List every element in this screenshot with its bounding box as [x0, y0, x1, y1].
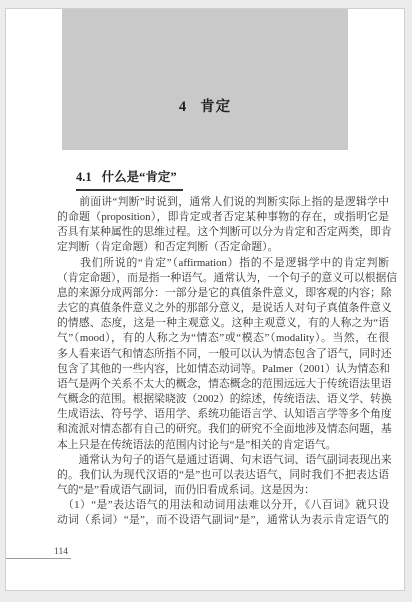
section-heading: 4.1什么是“肯定” — [76, 170, 183, 191]
section-number: 4.1 — [76, 170, 92, 184]
text-line: 多人看来语气和情态所指不同，一般可以认为情态包含了语气，同时还 — [57, 347, 389, 362]
text-line: 的命题（proposition），即肯定或者否定某种事物的存在，或指明它是 — [57, 210, 389, 225]
text-line: 的。我们认为现代汉语的“是”也可以表达语气，同时我们不把表达语 — [57, 468, 389, 483]
text-line: 我们所说的“肯定”（affirmation）指的不是逻辑学中的肯定判断 — [57, 256, 389, 271]
body-text: 前面讲“判断”时说到，通常人们说的判断实际上指的是逻辑学中的命题（proposi… — [57, 195, 389, 528]
section-title: 什么是“肯定” — [102, 170, 177, 184]
text-line: 和流派对情态都有自己的研究。我们的研究不全面地涉及情态问题，基 — [57, 422, 389, 437]
text-line: 否具有某种属性的思维过程。这个判断可以分为肯定和否定两类，即肯 — [57, 225, 389, 240]
book-page: 4肯定 4.1什么是“肯定” 前面讲“判断”时说到，通常人们说的判断实际上指的是… — [5, 8, 405, 591]
page-number: 114 — [6, 547, 68, 557]
paragraph: 我们所说的“肯定”（affirmation）指的不是逻辑学中的肯定判断（肯定命题… — [57, 256, 389, 453]
paragraph: （1）“是”表达语气的用法和动词用法难以分开，《八百词》就只设动词（系词）“是”… — [57, 498, 389, 528]
text-line: 去它的真值条件意义之外的那部分意义，是说话人对句子真值条件意义 — [57, 301, 389, 316]
text-line: 息的来源分成两部分：一部分是它的真值条件意义，即客观的内容；除 — [57, 286, 389, 301]
footer-rule — [6, 558, 71, 559]
text-line: 定判断（肯定命题）和否定判断（否定命题）。 — [57, 240, 389, 255]
chapter-header-band: 4肯定 — [62, 9, 348, 150]
text-line: 的情感、态度，这是一种主观意义。这种主观意义，有的人称之为“语 — [57, 316, 389, 331]
text-line: 通常认为句子的语气是通过语调、句末语气词、语气副词表现出来 — [57, 453, 389, 468]
text-line: （肯定命题），而是指一种语气。通常认为，一个句子的意义可以根据信 — [57, 271, 389, 286]
text-line: 气”（mood），有的人称之为“情态”或“模态”（modality）。当然，在很 — [57, 331, 389, 346]
text-line: 生成语法、符号学、语用学、系统功能语言学、认知语言学等多个角度 — [57, 407, 389, 422]
chapter-number: 4 — [179, 99, 187, 115]
text-line: 前面讲“判断”时说到，通常人们说的判断实际上指的是逻辑学中 — [57, 195, 389, 210]
text-line: 动词（系词）“是”，而不设语气副词“是”，通常认为表示肯定语气的 — [57, 513, 389, 528]
text-line: 气概念的范围。根据梁晓波（2002）的综述，传统语法、语义学、转换 — [57, 392, 389, 407]
text-line: 语气是两个关系不太大的概念，情态概念的范围远远大于传统语法里语 — [57, 377, 389, 392]
paragraph: 前面讲“判断”时说到，通常人们说的判断实际上指的是逻辑学中的命题（proposi… — [57, 195, 389, 256]
chapter-heading: 4肯定 — [62, 95, 348, 116]
text-line: 本上只是在传统语法的范围内讨论与“是”相关的肯定语气。 — [57, 438, 389, 453]
text-line: （1）“是”表达语气的用法和动词用法难以分开，《八百词》就只设 — [57, 498, 389, 513]
text-line: 包含了其他的一些内容，比如情态动词等。Palmer（2001）认为情态和 — [57, 362, 389, 377]
paragraph: 通常认为句子的语气是通过语调、句末语气词、语气副词表现出来的。我们认为现代汉语的… — [57, 453, 389, 498]
text-line: 气的“是”看成语气副词，而仍旧看成系词。这是因为： — [57, 483, 389, 498]
chapter-title: 肯定 — [200, 99, 231, 115]
